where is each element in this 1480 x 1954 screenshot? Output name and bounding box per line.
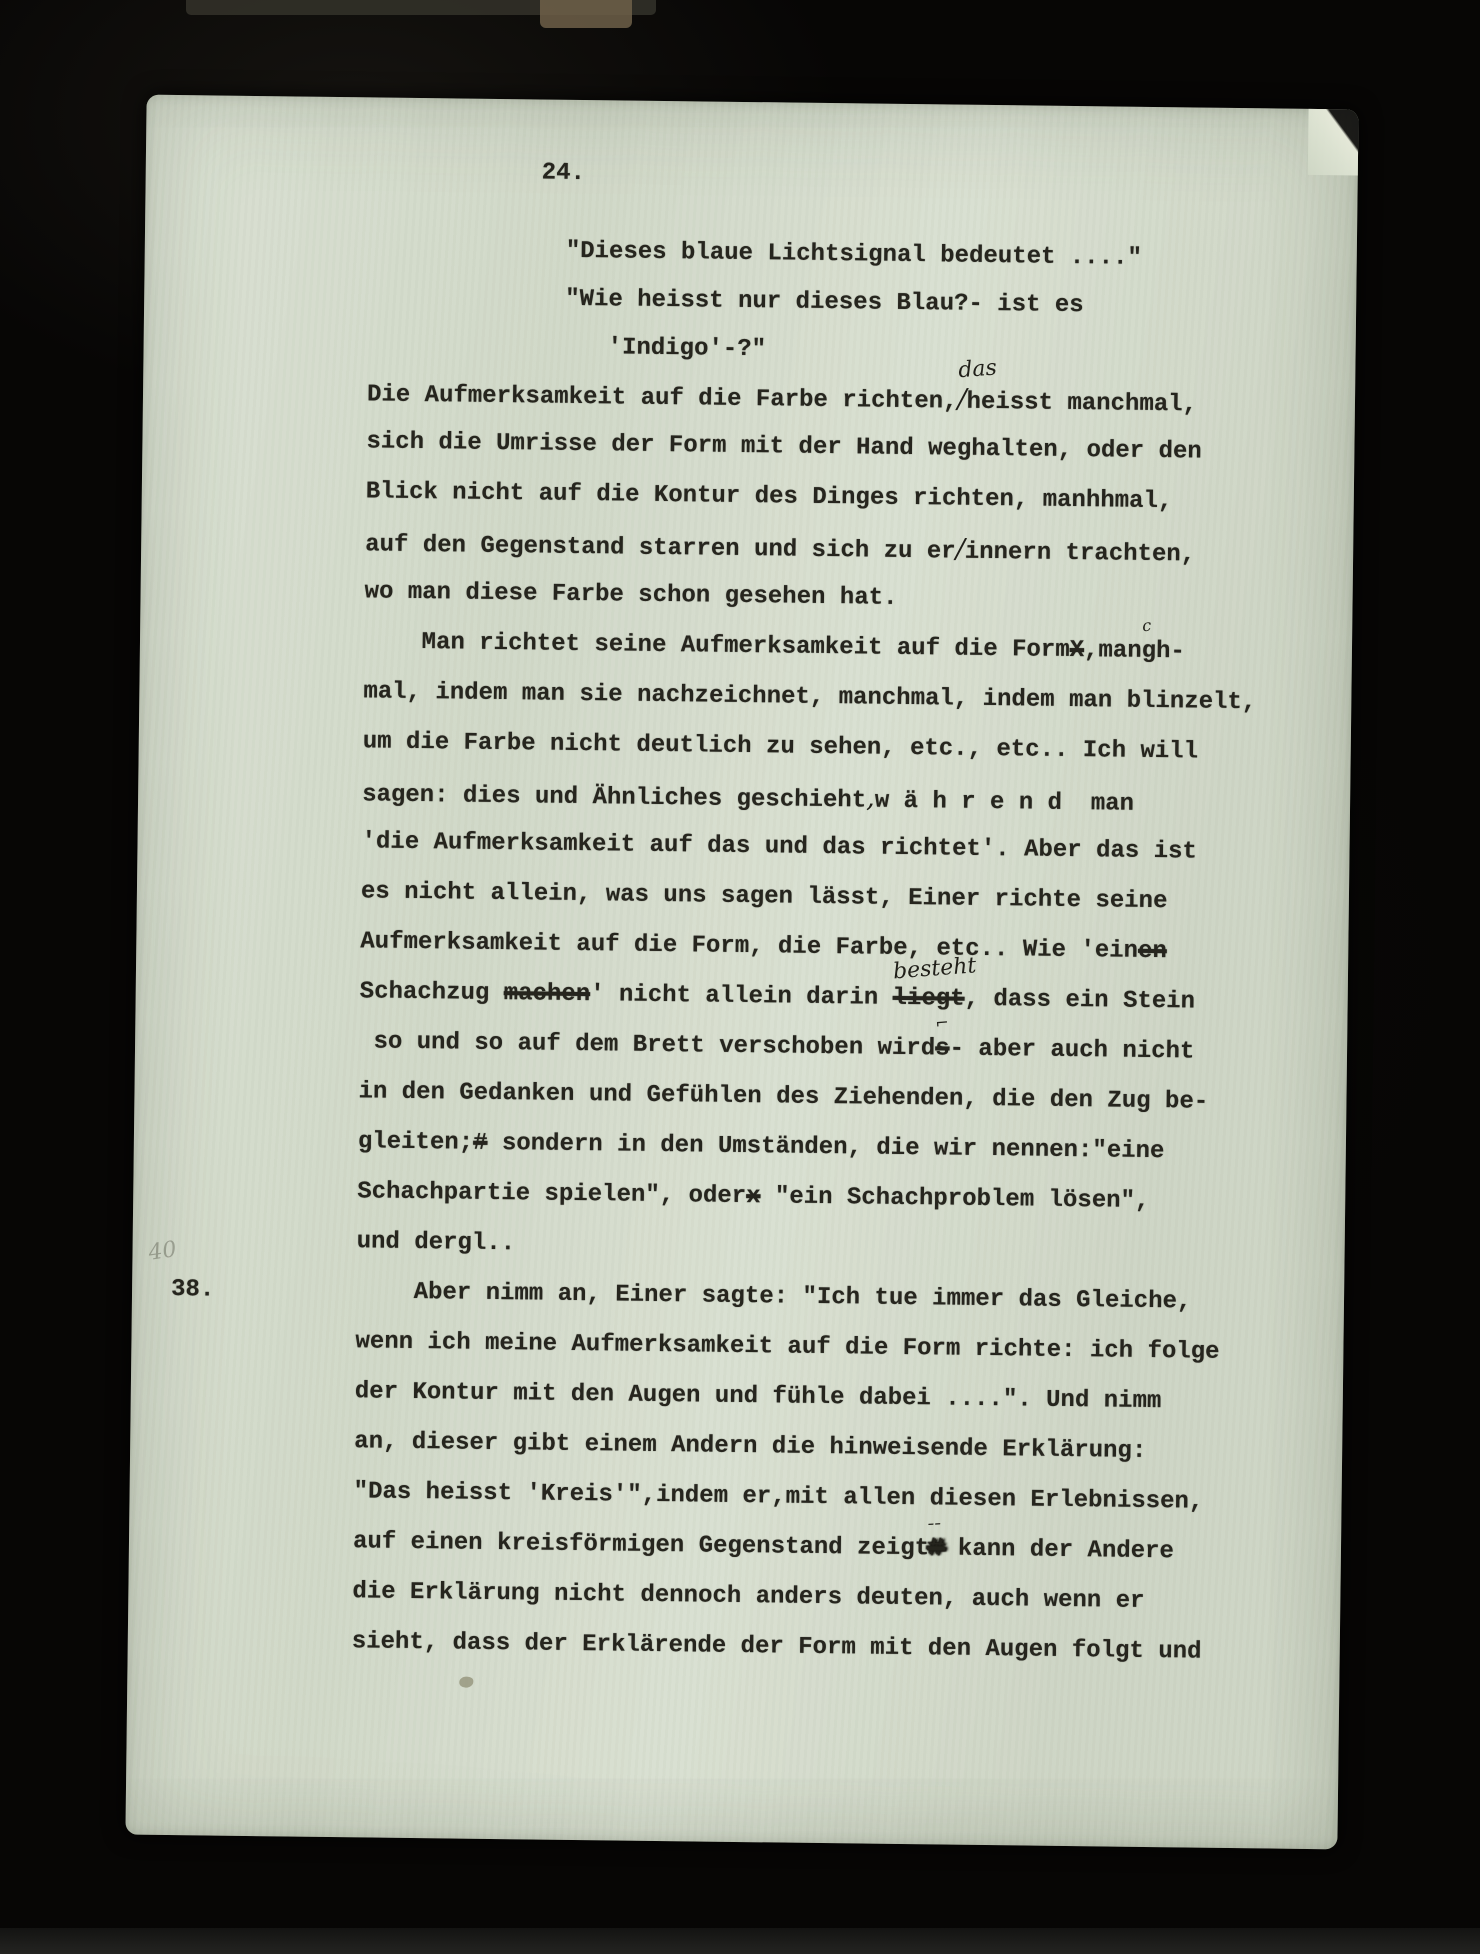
scan-artifact-tape (540, 0, 632, 28)
typed-text: auf den Gegenstand starren und sich zu e… (365, 531, 956, 566)
typed-line: Blick nicht auf die Kontur des Dinges ri… (366, 478, 1173, 516)
typed-line: gleiten;# sondern in den Umständen, die … (358, 1128, 1165, 1166)
typed-text: Man richtet seine Aufmerksamkeit auf die… (364, 628, 1070, 665)
typed-line: in den Gedanken und Gefühlen des Ziehend… (358, 1078, 1208, 1116)
strikethrough-text: x (746, 1183, 761, 1211)
typed-text: der Kontur mit den Augen und fühle dabei… (355, 1378, 1162, 1416)
typed-line: an, dieser gibt einem Andern die hinweis… (354, 1428, 1146, 1466)
strikethrough-text: machen (504, 980, 591, 1009)
typed-line: sagen: dies und Ähnliches geschieht,w ä … (362, 778, 1134, 818)
typed-line: sich die Umrisse der Form mit der Hand w… (366, 428, 1202, 466)
typed-text: - aber auch nicht (949, 1036, 1194, 1067)
typed-text: sich die Umrisse der Form mit der Hand w… (366, 428, 1202, 466)
strikethrough-text: liegtbesteht (892, 985, 964, 1014)
typed-text: Die Aufmerksamkeit auf die Farbe richten… (367, 381, 958, 416)
typed-text: wo man diese Farbe schon gesehen hat. (364, 578, 897, 613)
typed-text: kann der Andere (943, 1536, 1174, 1567)
typed-line: "Das heisst 'Kreis'",indem er,mit allen … (353, 1478, 1203, 1516)
typed-text: die Erklärung nicht dennoch anders deute… (352, 1578, 1144, 1616)
folded-corner (1308, 109, 1359, 176)
typed-line: auf einen kreisförmigen Gegenstand zeigt… (353, 1528, 1174, 1566)
typed-text: Blick nicht auf die Kontur des Dinges ri… (366, 478, 1173, 516)
typed-line: um die Farbe nicht deutlich zu sehen, et… (363, 728, 1199, 766)
typed-line: so und so auf dem Brett verschoben wirds… (359, 1028, 1195, 1066)
typed-text: sondern in den Umständen, die wir nennen… (487, 1130, 1164, 1166)
typed-text: "Wie heisst nur dieses Blau?- ist es (565, 286, 1084, 320)
typed-text: auf einen kreisförmigen Gegenstand zeigt (353, 1528, 929, 1563)
typed-line: Schachzug machen' nicht allein darin lie… (360, 978, 1196, 1016)
scan-background: { "page": { "number": "24.", "margin_num… (0, 0, 1480, 1954)
typed-line: auf den Gegenstand starren und sich zu e… (365, 528, 1195, 569)
typed-line: mal, indem man sie nachzeichnet, manchma… (363, 678, 1256, 717)
typed-text: ,man (1084, 637, 1142, 666)
typed-line: und dergl.. (356, 1228, 515, 1258)
typed-text: so und so auf dem Brett verschoben wird (359, 1028, 935, 1063)
handwritten-mark: / (956, 536, 965, 564)
typed-text: Schachzug (360, 978, 504, 1008)
typed-line: 'Indigo'-?" (607, 334, 766, 364)
typed-text: sagen: dies und Ähnliches geschieht (362, 781, 866, 815)
typed-text: wenn ich meine Aufmerksamkeit auf die Fo… (355, 1328, 1219, 1367)
typed-line: die Erklärung nicht dennoch anders deute… (352, 1578, 1144, 1616)
typed-line: Schachpartie spielen", oderx "ein Schach… (357, 1178, 1149, 1216)
typed-text: "Das heisst 'Kreis'",indem er,mit allen … (353, 1478, 1203, 1516)
handwritten-annotation: c (1141, 618, 1151, 635)
ink-stain (459, 1677, 473, 1688)
page-number: 24. (542, 159, 586, 187)
typed-line: sieht, dass der Erklärende der Form mit … (352, 1628, 1202, 1666)
typed-line: "Dieses blaue Lichtsignal bedeutet ...." (566, 238, 1142, 273)
typed-text: in den Gedanken und Gefühlen des Ziehend… (358, 1078, 1208, 1116)
typed-text: an, dieser gibt einem Andern die hinweis… (354, 1428, 1146, 1466)
typed-text: heisst manchmal, (966, 389, 1197, 420)
typed-text: um die Farbe nicht deutlich zu sehen, et… (363, 728, 1199, 766)
typed-line: 'die Aufmerksamkeit auf das und das rich… (361, 828, 1197, 866)
strikethrough-text: # (473, 1130, 488, 1158)
typed-text: "Dieses blaue Lichtsignal bedeutet ...." (566, 238, 1142, 273)
typed-text: es nicht allein, was uns sagen lässt, Ei… (361, 878, 1168, 916)
handwritten-mark: /das (957, 386, 966, 414)
typed-text: gc (1142, 638, 1157, 666)
handwritten-annotation: besteht (892, 955, 977, 983)
typed-text: 'die Aufmerksamkeit auf das und das rich… (361, 828, 1197, 866)
typed-text: w ä h r e n d man (875, 788, 1135, 819)
typed-line: wenn ich meine Aufmerksamkeit auf die Fo… (355, 1328, 1219, 1367)
typed-text: Aber nimm an, Einer sagte: "Ich tue imme… (356, 1278, 1192, 1316)
handwritten-annotation: das (957, 357, 997, 382)
handwritten-annotation: -- (927, 1515, 942, 1532)
typed-line: "Wie heisst nur dieses Blau?- ist es (565, 286, 1084, 320)
typed-line: Die Aufmerksamkeit auf die Farbe richten… (367, 378, 1197, 419)
typed-text: und dergl.. (356, 1228, 515, 1258)
scan-artifact-bottom (0, 1928, 1480, 1954)
typed-line: Aufmerksamkeit auf die Form, die Farbe, … (360, 928, 1167, 966)
typed-line: der Kontur mit den Augen und fühle dabei… (355, 1378, 1162, 1416)
pencil-margin-note: 40 (147, 1237, 178, 1266)
typed-text: innern trachten, (965, 539, 1196, 570)
typed-text: h- (1156, 638, 1185, 666)
typed-text: Schachpartie spielen", oder (357, 1178, 746, 1211)
typed-line: es nicht allein, was uns sagen lässt, Ei… (361, 878, 1168, 916)
typed-text: mal, indem man sie nachzeichnet, manchma… (363, 678, 1256, 717)
typed-line: wo man diese Farbe schon gesehen hat. (364, 578, 897, 613)
typed-text: Aufmerksamkeit auf die Form, die Farbe, … (360, 928, 1138, 965)
typed-line: Man richtet seine Aufmerksamkeit auf die… (364, 628, 1185, 666)
strikethrough-text: en (1138, 938, 1167, 966)
strikethrough-text: X (1069, 637, 1084, 665)
typed-text: ' nicht allein darin (590, 981, 893, 1013)
typed-text: , dass ein Stein (964, 986, 1195, 1017)
section-margin-number: 38. (171, 1276, 215, 1304)
strikethrough-text: s⌐ (935, 1035, 950, 1063)
typed-line: Aber nimm an, Einer sagte: "Ich tue imme… (356, 1278, 1192, 1316)
typed-text: sieht, dass der Erklärende der Form mit … (352, 1628, 1202, 1666)
handwritten-mark: , (866, 785, 875, 813)
typescript-page: 24. 40 38. "Dieses blaue Lichtsignal bed… (125, 95, 1358, 1850)
typed-text: gleiten; (358, 1128, 474, 1157)
handwritten-annotation: ⌐ (935, 1015, 950, 1032)
typed-text: "ein Schachproblem lösen", (760, 1183, 1149, 1216)
typed-text: 'Indigo'-?" (607, 334, 766, 364)
